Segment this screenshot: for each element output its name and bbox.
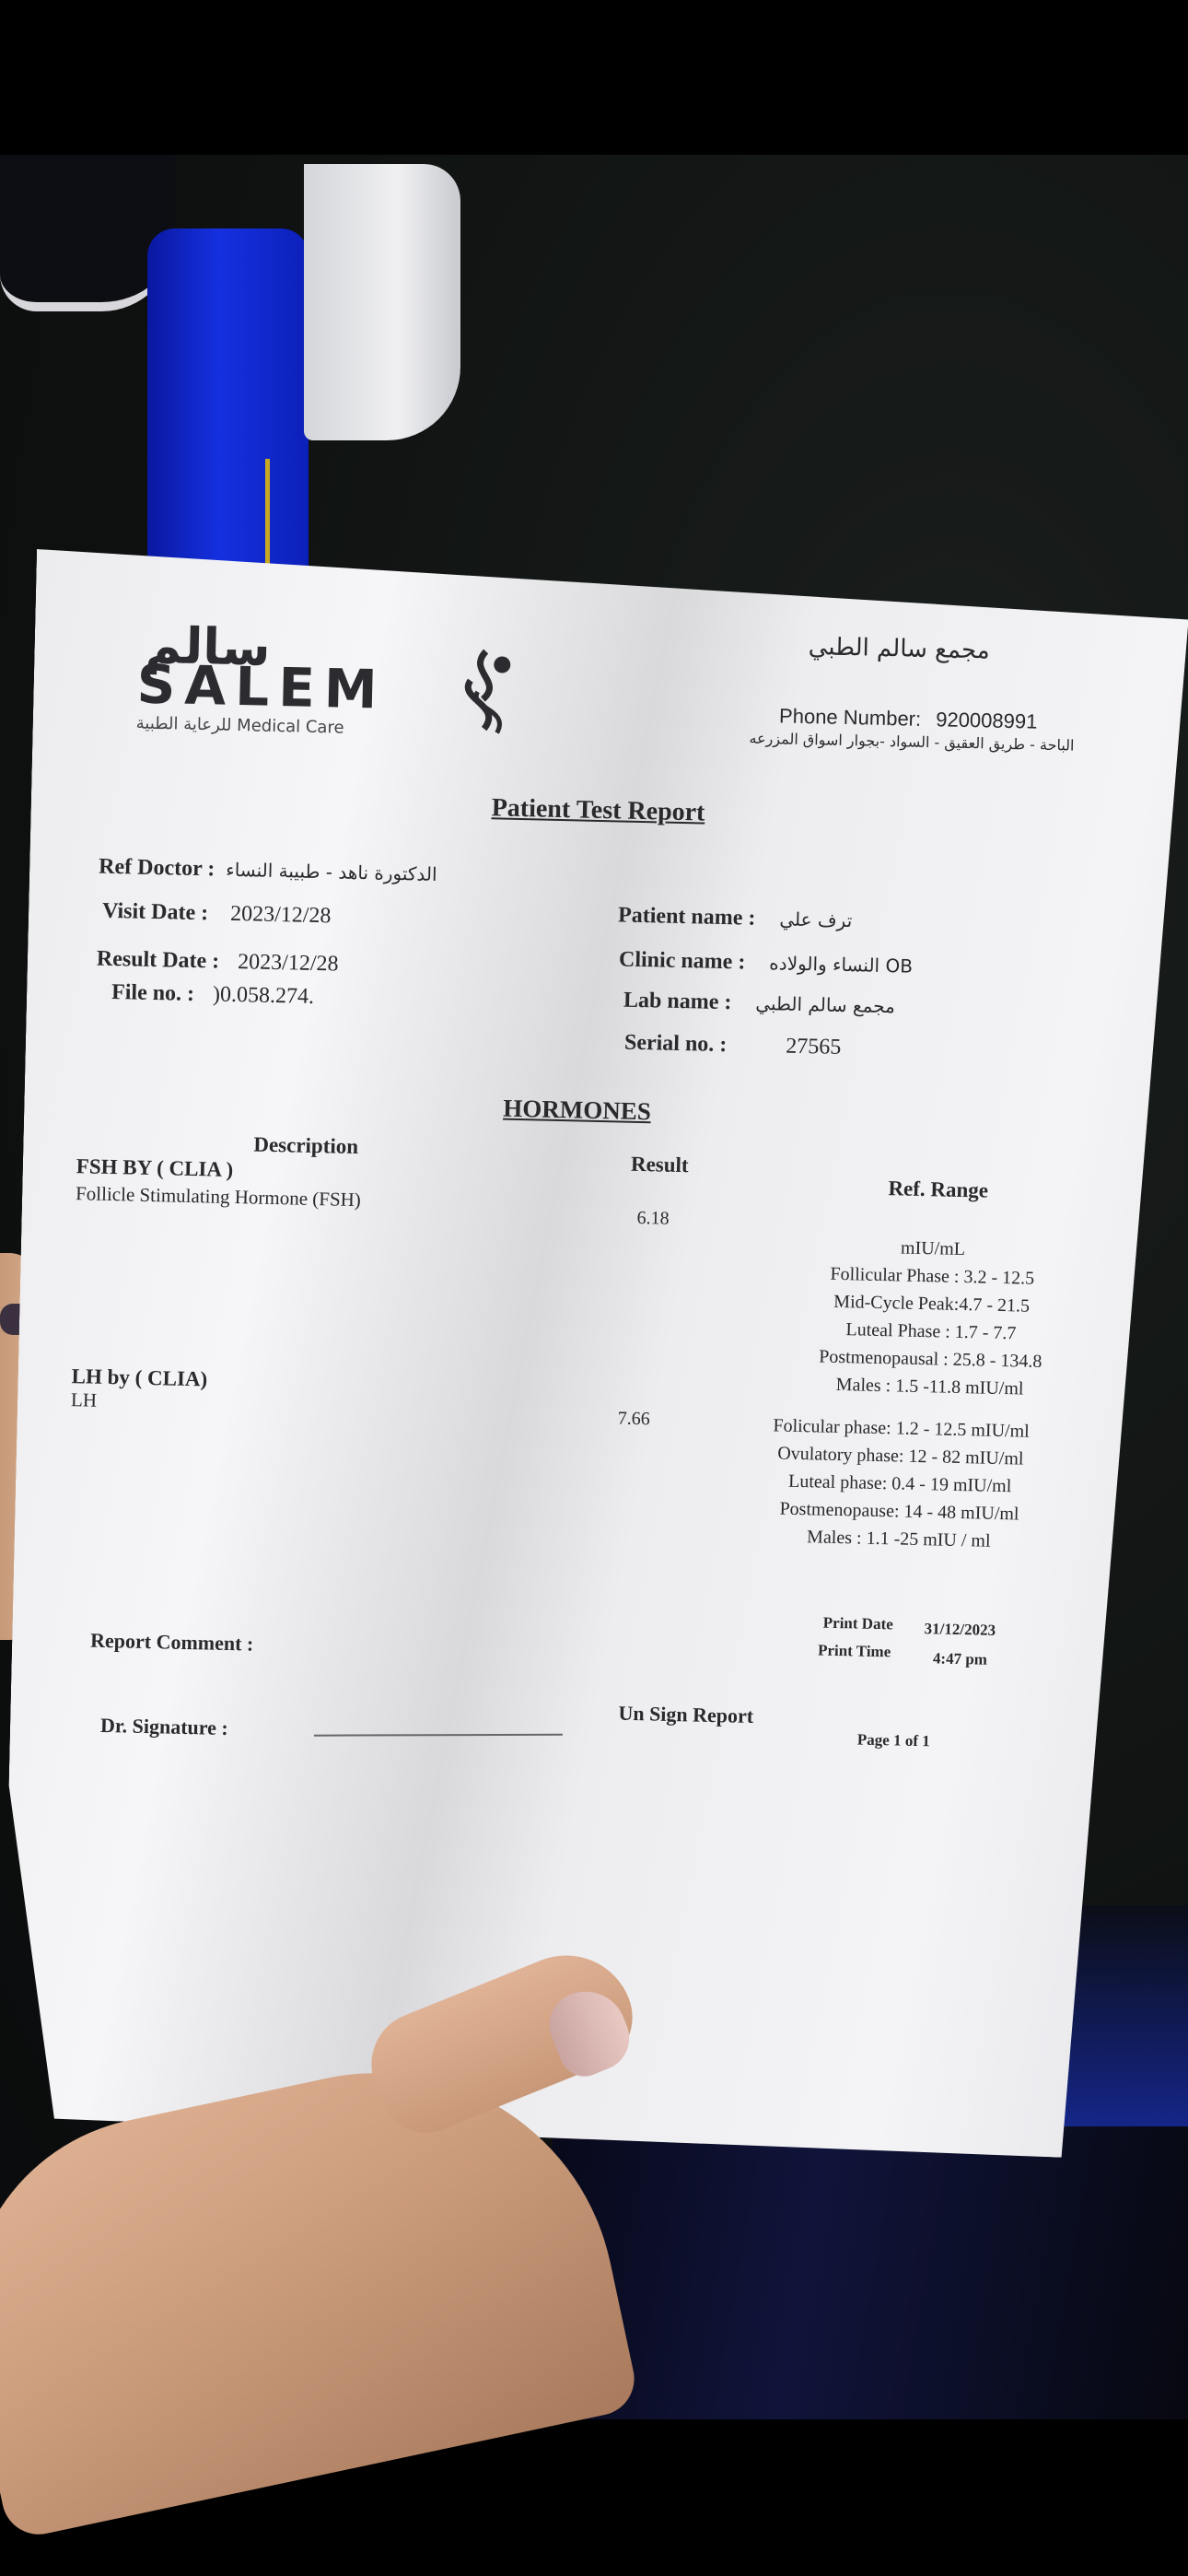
report-comment-label: Report Comment : — [90, 1629, 254, 1657]
visit-date-row: Visit Date : 2023/12/28 — [102, 899, 332, 930]
visit-date-label: Visit Date : — [102, 899, 209, 926]
print-time-value: 4:47 pm — [933, 1649, 987, 1669]
phone-number: Phone Number: 920008991 — [779, 704, 1038, 733]
salem-logo-icon — [457, 643, 523, 737]
lab-name-value: مجمع سالم الطبي — [755, 992, 895, 1017]
patient-name-value: ترف علي — [779, 907, 852, 931]
print-date-label: Print Date — [823, 1614, 893, 1634]
file-no-row: File no. : )0.058.274. — [111, 980, 315, 1010]
signature-label: Dr. Signature : — [100, 1714, 228, 1740]
lab-report-paper: سالم SALEM للرعاية الطبية Medical Care م… — [1, 549, 1188, 2160]
print-time-label: Print Time — [818, 1642, 891, 1662]
phone-value: 920008991 — [936, 708, 1038, 732]
clinic-name-label: Clinic name : — [619, 947, 746, 974]
clinic-name-row: Clinic name : النساء والولاده OB — [619, 947, 914, 978]
logo-english: SALEM — [136, 653, 387, 721]
file-no-value: )0.058.274. — [213, 982, 315, 1008]
report-title: Patient Test Report — [491, 793, 705, 827]
phone-label: Phone Number: — [779, 704, 922, 730]
clinic-name-value: النساء والولاده OB — [769, 952, 913, 978]
serial-no-row: Serial no. : 27565 — [624, 1031, 842, 1060]
ref-range-fsh: mIU/mL Follicular Phase : 3.2 - 12.5 Mid… — [782, 1232, 1080, 1404]
print-date-value: 31/12/2023 — [924, 1620, 996, 1640]
result-date-row: Result Date : 2023/12/28 — [97, 947, 339, 978]
ref-range-header: Ref. Range — [888, 1177, 988, 1202]
unsigned-report-text: Un Sign Report — [618, 1702, 753, 1728]
description-header: Description — [253, 1133, 358, 1160]
result-date-value: 2023/12/28 — [238, 950, 339, 976]
test-heading-fsh: FSH BY ( CLIA ) — [76, 1154, 234, 1182]
test-result-lh: 7.66 — [617, 1409, 650, 1431]
clinic-name-arabic: مجمع سالم الطبي — [808, 633, 990, 664]
result-date-label: Result Date : — [97, 947, 220, 974]
ref-doctor-label: Ref Doctor : — [99, 855, 215, 882]
scarf-string — [265, 459, 270, 569]
patient-name-row: Patient name : ترف علي — [618, 903, 853, 933]
result-header: Result — [631, 1153, 689, 1177]
scarf-white-stripe — [304, 164, 460, 440]
ref-doctor-value: الدكتورة ناهد - طبيبة النساء — [226, 859, 437, 885]
logo-tagline: للرعاية الطبية Medical Care — [136, 713, 344, 737]
lab-name-label: Lab name : — [623, 989, 732, 1015]
test-name-fsh: Follicle Stimulating Hormone (FSH) — [76, 1182, 361, 1212]
file-no-label: File no. : — [111, 980, 195, 1006]
patient-name-label: Patient name : — [618, 903, 756, 930]
lab-name-row: Lab name : مجمع سالم الطبي — [623, 989, 895, 1020]
scarf-blue-stripe — [147, 228, 309, 597]
ref-range-lh: Folicular phase: 1.2 - 12.5 mIU/ml Ovula… — [751, 1411, 1049, 1556]
visit-date-value: 2023/12/28 — [230, 902, 332, 928]
page-indicator: Page 1 of 1 — [857, 1731, 930, 1751]
ref-doctor-row: Ref Doctor : الدكتورة ناهد - طبيبة النسا… — [99, 855, 437, 887]
serial-no-label: Serial no. : — [624, 1031, 728, 1058]
serial-no-value: 27565 — [786, 1035, 842, 1060]
signature-line — [314, 1734, 563, 1737]
dark-cloth — [553, 2126, 1188, 2419]
section-title: HORMONES — [503, 1095, 651, 1127]
test-heading-lh: LH by ( CLIA) — [71, 1364, 207, 1391]
test-result-fsh: 6.18 — [636, 1208, 670, 1230]
test-name-lh: LH — [71, 1388, 98, 1412]
